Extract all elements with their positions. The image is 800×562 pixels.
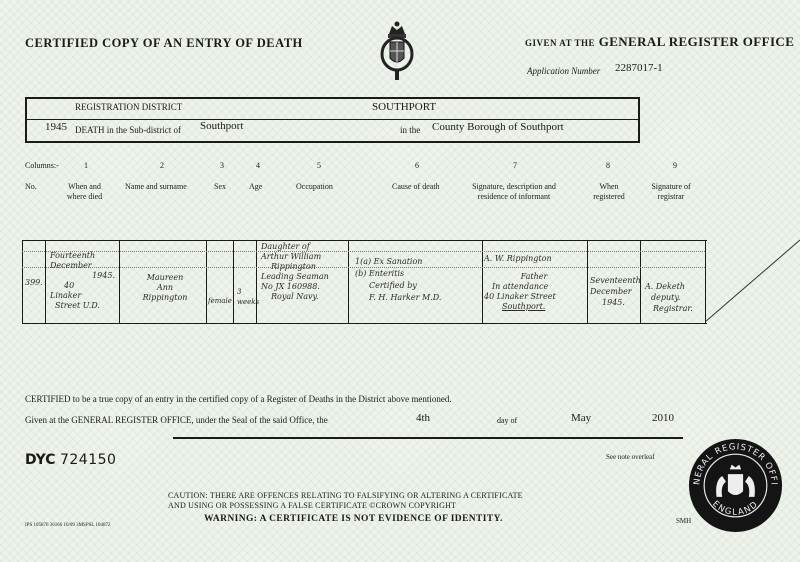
column-number-6: 6: [415, 161, 419, 170]
col-divider: [256, 241, 257, 323]
entry-when-where: Fourteenth December 1945. 40 Linaker Str…: [50, 251, 115, 311]
registration-district: SOUTHPORT: [372, 101, 436, 113]
column-number-5: 5: [317, 161, 321, 170]
occupation-line: Rippington: [261, 262, 351, 272]
column-header-no: No.: [25, 182, 37, 192]
col-divider: [22, 241, 23, 323]
registered-line: December: [590, 286, 640, 297]
cause-line: Certified by: [355, 280, 480, 292]
application-number-label: Application Number: [527, 66, 600, 76]
registration-year: 1945: [45, 121, 67, 133]
column-header-when-where: When and where died: [62, 182, 107, 202]
certification-month: May: [571, 412, 591, 424]
informant-line: In attendance: [484, 282, 584, 292]
col-divider: [45, 241, 46, 323]
serial-number: 724150: [60, 452, 116, 468]
col-divider: [119, 241, 120, 323]
day-of-label: day of: [497, 416, 517, 425]
print-code: IPS 105876 36166 10/09 3MSPSL 104872: [25, 523, 111, 528]
column-header-informant: Signature, description and residence of …: [466, 182, 562, 202]
column-number-2: 2: [160, 161, 164, 170]
column-number-9: 9: [673, 161, 677, 170]
caution-line: CAUTION: THERE ARE OFFENCES RELATING TO …: [168, 491, 448, 501]
registrar-signature: A. Deketh: [645, 281, 700, 292]
issuer-initials: SMH: [676, 517, 691, 525]
county: County Borough of Southport: [432, 121, 564, 133]
columns-label: Columns:-: [25, 161, 59, 170]
entry-name: Maureen Ann Rippington: [125, 273, 205, 303]
certification-year: 2010: [652, 412, 674, 424]
general-register-office-seal-icon: GENERAL REGISTER OFFICE ENGLAND: [688, 438, 783, 533]
col-divider: [587, 241, 588, 323]
royal-coat-of-arms-icon: [380, 20, 414, 82]
registered-line: Seventeenth: [590, 275, 640, 286]
col-divider: [206, 241, 207, 323]
given-under-seal-statement: Given at the GENERAL REGISTER OFFICE, un…: [25, 415, 328, 425]
when-where-line: Street U.D.: [50, 301, 115, 311]
column-header-name: Name and surname: [125, 182, 187, 192]
registration-district-label: REGISTRATION DISTRICT: [75, 102, 182, 112]
age-unit: weeks: [237, 297, 259, 307]
caution-notice: CAUTION: THERE ARE OFFENCES RELATING TO …: [168, 491, 448, 511]
cause-line: 1(a) Ex Sanation: [355, 256, 480, 268]
occupation-line: No JX 160988.: [261, 282, 351, 292]
when-where-line: 1945.: [50, 271, 115, 281]
informant-line: Father: [484, 272, 584, 282]
cause-line: (b) Enteritis: [355, 268, 480, 280]
entry-registrar: A. Deketh deputy. Registrar.: [645, 281, 700, 314]
entry-informant: A. W. Rippington Father In attendance 40…: [484, 254, 584, 312]
subdistrict-label: DEATH in the Sub-district of: [75, 125, 181, 135]
informant-line: Southport.: [484, 302, 584, 312]
page-fold-line: [705, 232, 800, 322]
occupation-line: Leading Seaman: [261, 272, 351, 282]
dotted-rule: [22, 251, 705, 252]
col-divider: [482, 241, 483, 323]
column-header-cause: Cause of death: [392, 182, 440, 192]
column-number-4: 4: [256, 161, 260, 170]
column-number-1: 1: [84, 161, 88, 170]
entry-occupation: Daughter of Arthur William Rippington Le…: [261, 242, 351, 302]
when-where-line: December: [50, 261, 115, 271]
occupation-line: Arthur William: [261, 252, 351, 262]
column-header-sex: Sex: [214, 182, 226, 192]
identity-warning: WARNING: A CERTIFICATE IS NOT EVIDENCE O…: [204, 514, 503, 524]
column-number-7: 7: [513, 161, 517, 170]
informant-line: 40 Linaker Street: [484, 292, 584, 302]
column-number-8: 8: [606, 161, 610, 170]
column-header-occupation: Occupation: [296, 182, 333, 192]
informant-signature: A. W. Rippington: [484, 254, 584, 264]
given-at-heading: GIVEN AT THE GENERAL REGISTER OFFICE: [525, 34, 794, 50]
name-line: Maureen: [125, 273, 205, 283]
in-the-label: in the: [400, 125, 420, 135]
when-where-line: Linaker: [50, 291, 115, 301]
certification-day: 4th: [416, 412, 430, 424]
cause-line: F. H. Harker M.D.: [355, 292, 480, 304]
column-header-age: Age: [249, 182, 262, 192]
signature-line: [173, 437, 683, 439]
see-note-overleaf: See note overleaf: [606, 453, 655, 461]
certification-statement: CERTIFIED to be a true copy of an entry …: [25, 394, 452, 404]
document-title: CERTIFIED COPY OF AN ENTRY OF DEATH: [25, 36, 303, 51]
entry-age: 3 weeks: [237, 287, 259, 307]
entry-sex: female: [208, 296, 232, 306]
registration-divider: [27, 119, 638, 120]
when-where-line: Fourteenth: [50, 251, 115, 261]
column-header-registrar: Signature of registrar: [648, 182, 694, 202]
registrar-line: deputy.: [645, 292, 700, 303]
name-line: Ann: [125, 283, 205, 293]
name-line: Rippington: [125, 293, 205, 303]
entry-when-registered: Seventeenth December 1945.: [590, 275, 640, 308]
column-header-when-registered: When registered: [590, 182, 628, 202]
when-where-line: 40: [50, 281, 115, 291]
occupation-line: Royal Navy.: [261, 292, 351, 302]
certificate-serial: DYC 724150: [25, 452, 116, 468]
column-number-3: 3: [220, 161, 224, 170]
registered-line: 1945.: [590, 297, 640, 308]
registrar-line: Registrar.: [645, 303, 700, 314]
serial-prefix: DYC: [25, 452, 56, 468]
occupation-line: Daughter of: [261, 242, 351, 252]
entry-cause-of-death: 1(a) Ex Sanation (b) Enteritis Certified…: [355, 256, 480, 304]
application-number: 2287017-1: [615, 62, 663, 74]
given-at-prefix: GIVEN AT THE: [525, 38, 595, 48]
entry-number: 399.: [25, 278, 43, 288]
given-at-office: GENERAL REGISTER OFFICE: [599, 34, 795, 49]
col-divider: [233, 241, 234, 323]
subdistrict: Southport: [200, 120, 243, 132]
caution-line: AND USING OR POSSESSING A FALSE CERTIFIC…: [168, 501, 448, 511]
age-value: 3: [237, 287, 259, 297]
